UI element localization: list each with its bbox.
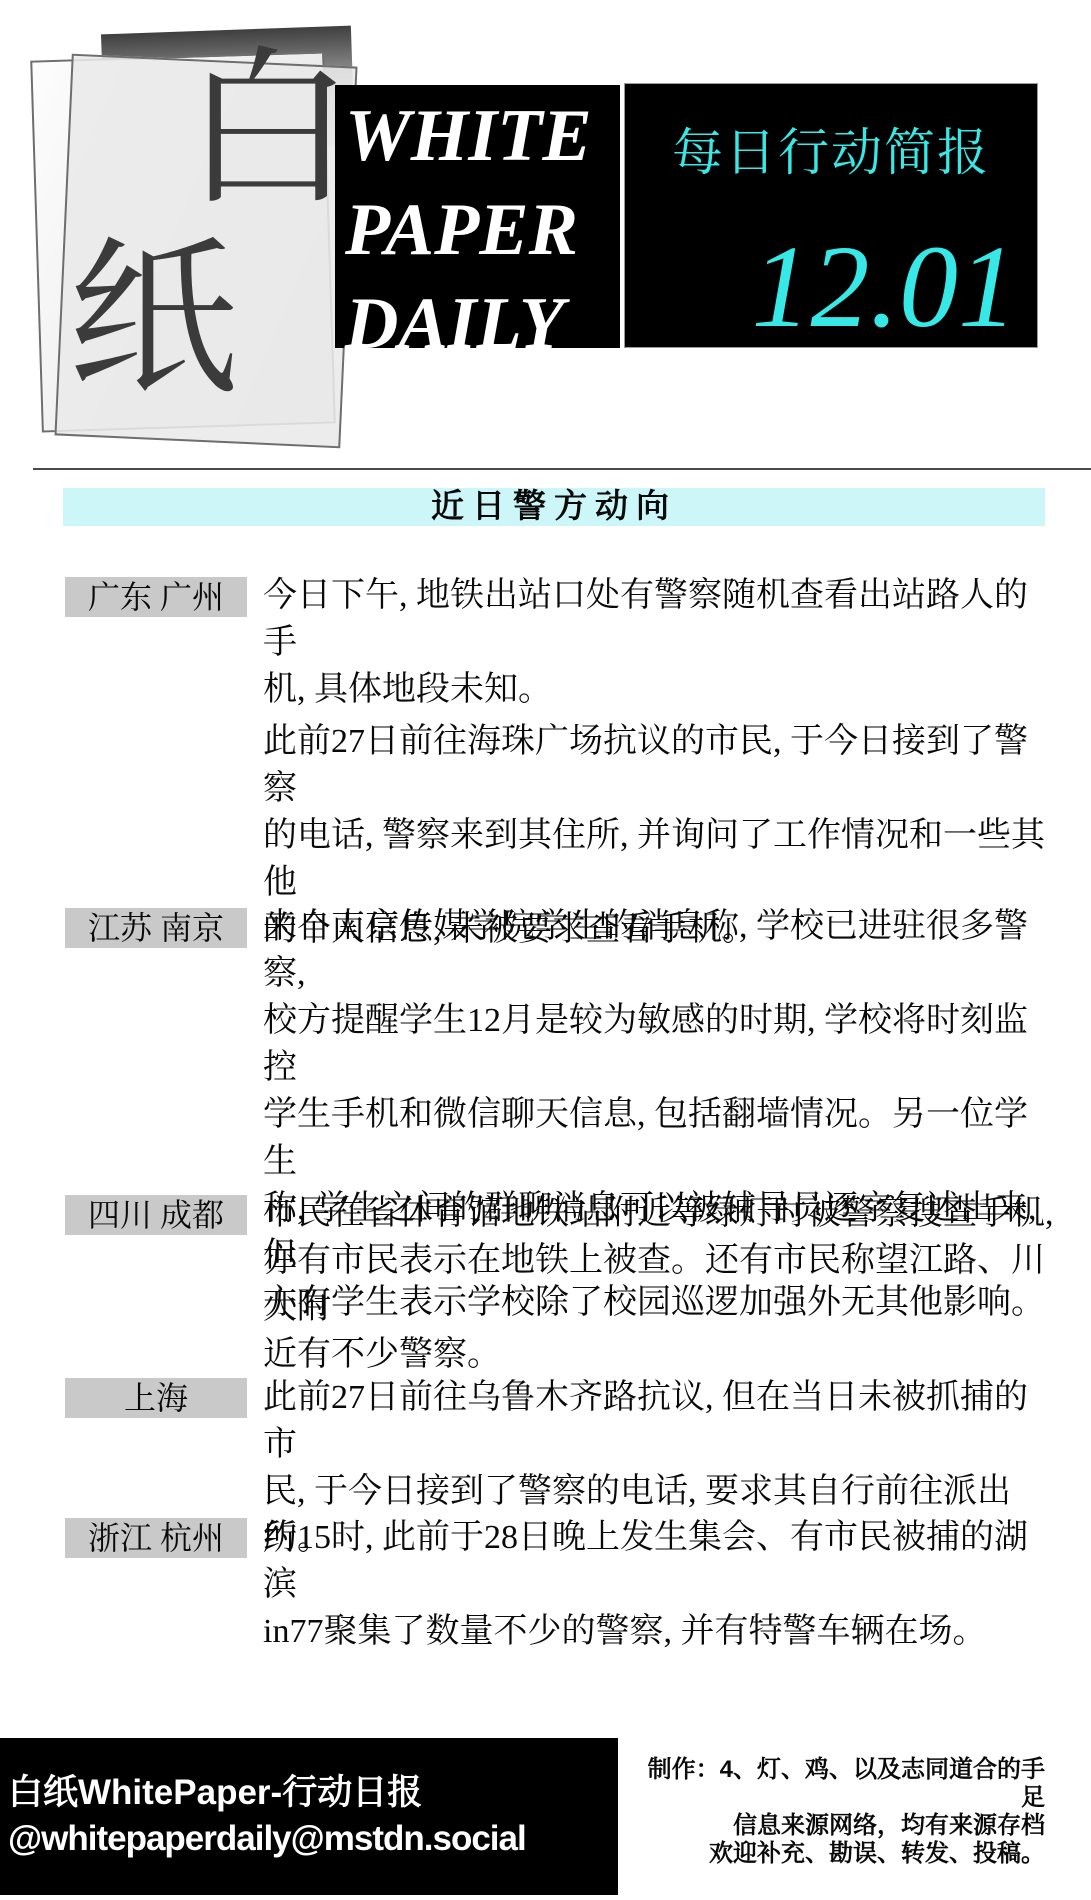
location-label-chengdu: 四川 成都: [65, 1195, 247, 1235]
logo-character-bai: 白: [183, 46, 353, 216]
footer-mastodon-handle: @whitepaperdaily@mstdn.social: [8, 1816, 618, 1862]
news-paragraph: 今日下午, 地铁出站口处有警察随机查看出站路人的手 机, 具体地段未知。: [263, 572, 1055, 713]
location-label-hangzhou: 浙江 杭州: [65, 1518, 247, 1558]
news-paragraph: 约15时, 此前于28日晚上发生集会、有市民被捕的湖滨 in77聚集了数量不少的…: [263, 1514, 1055, 1655]
briefing-title: 每日行动简报: [625, 126, 1037, 182]
wordmark-white-paper-daily: WHITE PAPER DAILY: [335, 85, 620, 348]
location-label-nanjing: 江苏 南京: [65, 908, 247, 948]
footer-identity-bar: 白纸WhitePaper-行动日报 @whitepaperdaily@mstdn…: [0, 1738, 618, 1895]
footer-publication-name: 白纸WhitePaper-行动日报: [8, 1770, 618, 1816]
horizontal-divider: [33, 468, 1091, 470]
news-paragraph: 市民在省体育馆地铁站附近等绿灯时被警察搜查手机, 亦有市民表示在地铁上被查。还有…: [263, 1190, 1055, 1378]
section-banner: 近日警方动向: [63, 488, 1045, 526]
date-box: 每日行动简报 12.01: [624, 83, 1038, 348]
white-paper-logo: 白 纸: [0, 0, 380, 470]
section-banner-title: 近日警方动向: [431, 489, 677, 525]
location-label-guangzhou: 广东 广州: [65, 577, 247, 617]
issue-date: 12.01: [752, 216, 1018, 358]
footer-credits: 制作：4、灯、鸡、以及志同道合的手足 信息来源网络，均有来源存档 欢迎补充、勘误…: [630, 1756, 1045, 1868]
poster-page: 白 纸 WHITE PAPER DAILY 每日行动简报 12.01 近日警方动…: [0, 0, 1091, 1900]
location-label-shanghai: 上海: [65, 1378, 247, 1418]
logo-character-zhi: 纸: [68, 236, 238, 406]
